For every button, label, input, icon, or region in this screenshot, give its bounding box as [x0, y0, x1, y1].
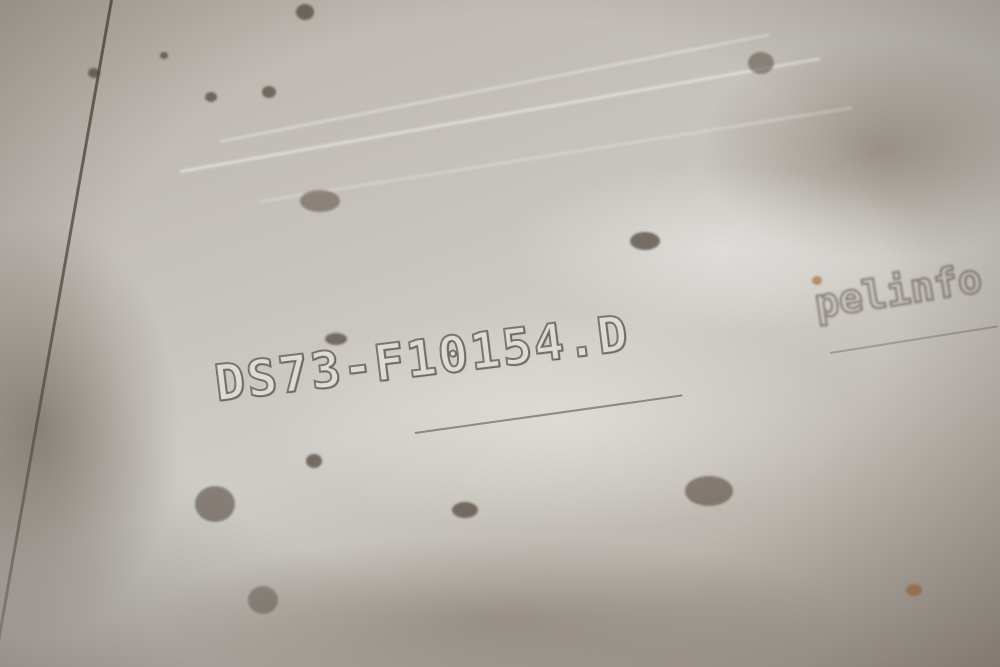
vignette-overlay: [0, 0, 1000, 667]
concrete-surface: DS73-F10154.D pelinfo: [0, 0, 1000, 667]
